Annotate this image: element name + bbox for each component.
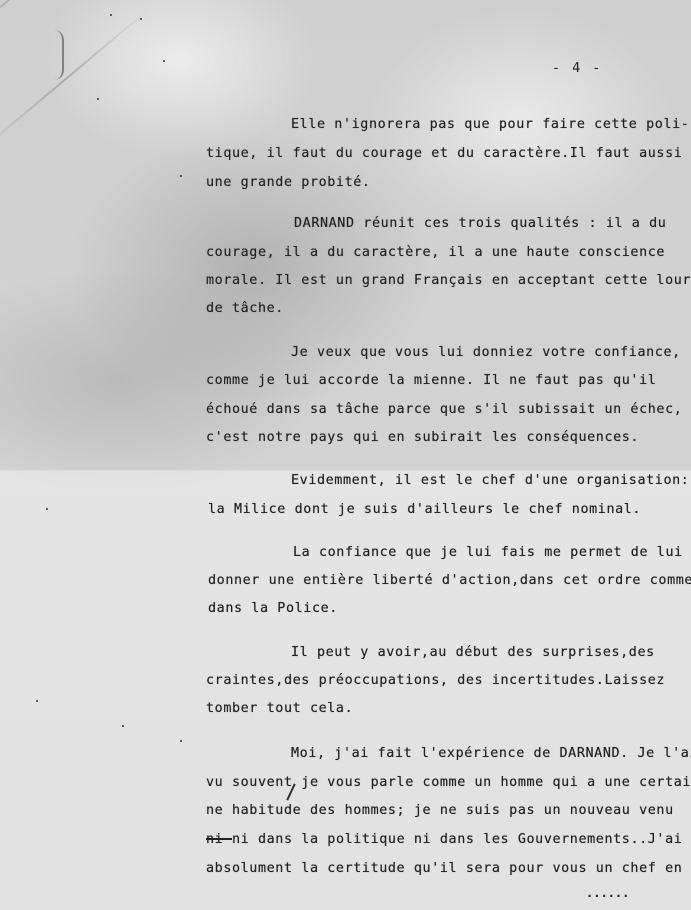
scan-speck <box>46 508 48 510</box>
continuation-mark: ...... <box>586 886 629 900</box>
text-line: La confiance que je lui fais me permet d… <box>293 545 683 561</box>
text-line: comme je lui accorde la mienne. Il ne fa… <box>206 373 656 389</box>
text-line: c'est notre pays qui en subirait les con… <box>206 430 639 446</box>
text-line: courage, il a du caractère, il a une hau… <box>206 245 665 261</box>
corner-pen-mark <box>50 30 64 80</box>
text-line: ne habitude des hommes; je ne suis pas u… <box>206 803 674 819</box>
text-line: Evidemment, il est le chef d'une organis… <box>291 473 689 489</box>
text-line: morale. Il est un grand Français en acce… <box>206 273 691 289</box>
scan-speck <box>163 60 165 62</box>
text-line: de tâche. <box>206 301 284 317</box>
scan-speck <box>36 700 38 702</box>
scan-speck <box>97 98 99 100</box>
text-line: vu souvent je vous parle comme un homme … <box>206 775 691 791</box>
text-line: Elle n'ignorera pas que pour faire cette… <box>291 117 689 133</box>
scan-speck <box>140 18 142 20</box>
paper-fold-crease <box>0 9 149 152</box>
text-line: échoué dans sa tâche parce que s'il subi… <box>206 402 682 418</box>
scan-speck <box>180 175 182 177</box>
text-line: tique, il faut du courage et du caractèr… <box>206 146 682 162</box>
text-line: Moi, j'ai fait l'expérience de DARNAND. … <box>291 746 691 762</box>
text-line: donner une entière liberté d'action,dans… <box>208 573 691 589</box>
text-line: Il peut y avoir,au début des surprises,d… <box>291 645 655 661</box>
text-line: tomber tout cela. <box>206 701 353 717</box>
text-line: absolument la certitude qu'il sera pour … <box>206 861 682 877</box>
scan-speck <box>110 14 112 16</box>
text-line: une grande probité. <box>206 175 371 191</box>
page-number: - 4 - <box>552 61 602 76</box>
text-line: dans la Police. <box>208 601 338 617</box>
text-line: Je veux que vous lui donniez votre confi… <box>291 345 681 361</box>
struck-out-word: ni <box>206 832 232 847</box>
text-line: DARNAND réunit ces trois qualités : il a… <box>294 216 666 232</box>
text-line-remainder: ni dans la politique ni dans les Gouvern… <box>232 832 682 847</box>
text-line: la Milice dont je suis d'ailleurs le che… <box>208 502 641 518</box>
scan-speck <box>122 725 124 727</box>
text-line: craintes,des préoccupations, des incerti… <box>206 673 665 689</box>
scan-speck <box>180 740 182 742</box>
text-line-with-strikeout: ni ni dans la politique ni dans les Gouv… <box>206 832 682 848</box>
scanned-page: - 4 - Elle n'ignorera pas que pour faire… <box>0 0 691 910</box>
